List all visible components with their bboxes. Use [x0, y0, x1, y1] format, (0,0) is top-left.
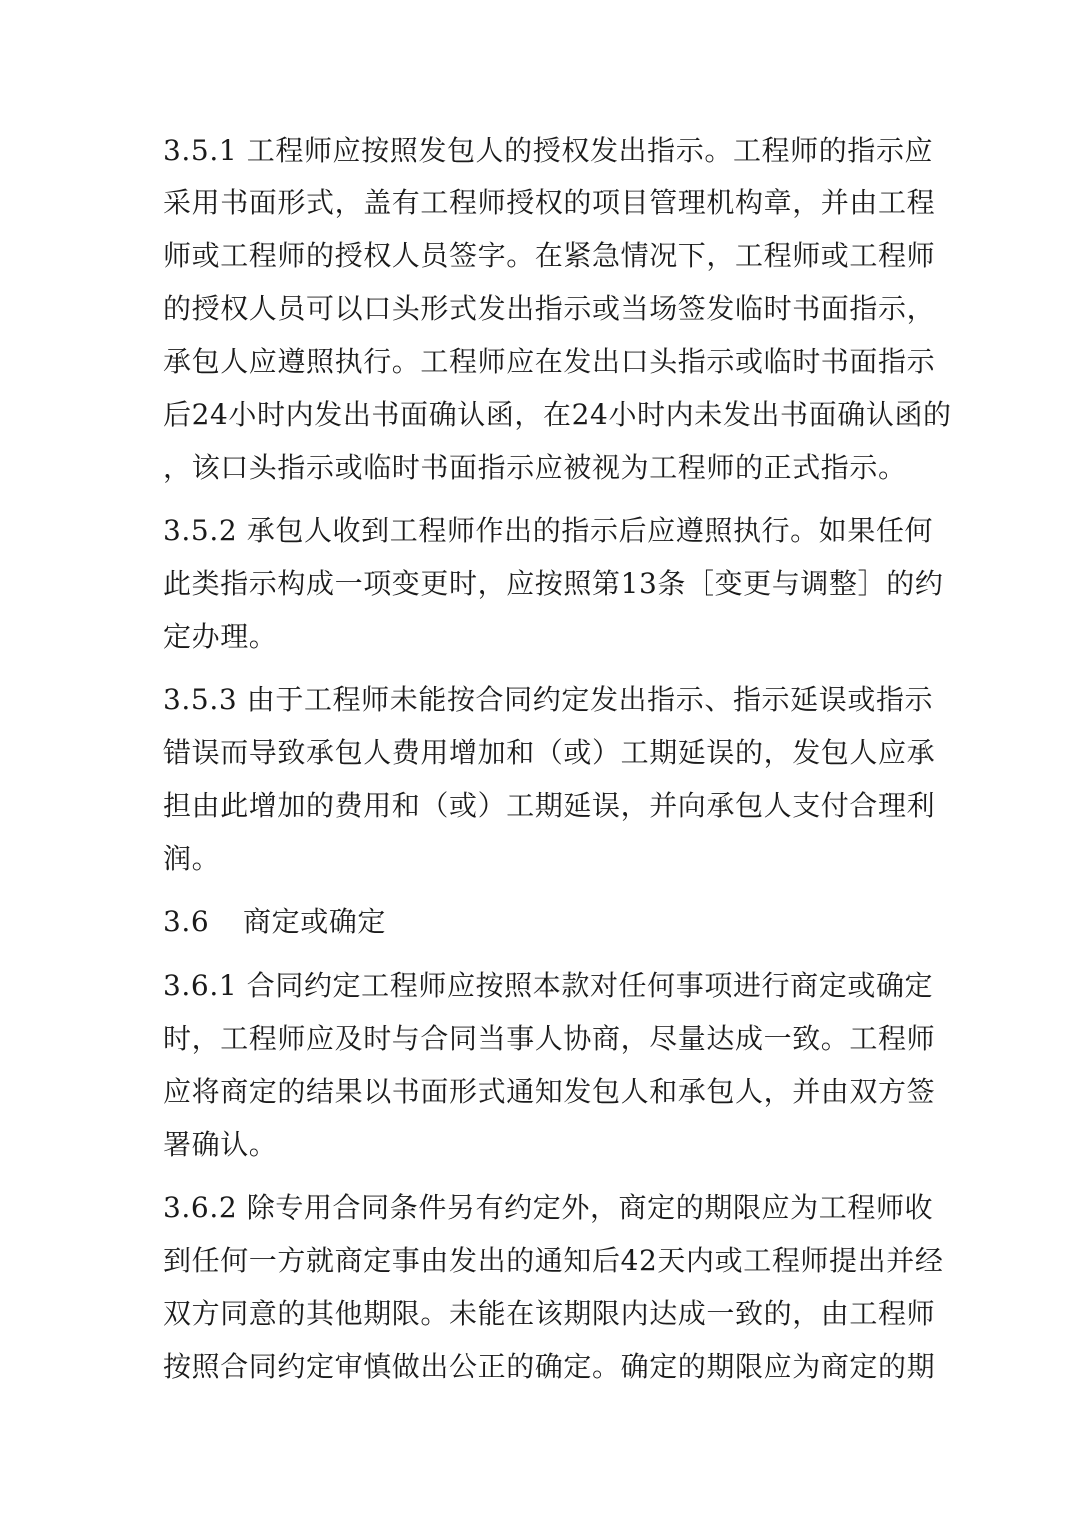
text-line: 3.5.3 由于工程师未能按合同约定发出指示、指示延误或指示: [163, 680, 933, 720]
text-line: 承包人应遵照执行。工程师应在发出口头指示或临时书面指示: [163, 342, 935, 382]
section-number: 3.6: [163, 902, 243, 942]
text-line: 的授权人员可以口头形式发出指示或当场签发临时书面指示，: [163, 289, 935, 329]
text-line: 到任何一方就商定事由发出的通知后42天内或工程师提出并经: [163, 1241, 943, 1281]
text-line: 担由此增加的费用和（或）工期延误，并向承包人支付合理利: [163, 786, 935, 826]
text-line: 应将商定的结果以书面形式通知发包人和承包人，并由双方签: [163, 1072, 935, 1112]
text-line: 按照合同约定审慎做出公正的确定。确定的期限应为商定的期: [163, 1347, 935, 1387]
text-line: 3.6.2 除专用合同条件另有约定外，商定的期限应为工程师收: [163, 1188, 933, 1228]
text-line: 时，工程师应及时与合同当事人协商，尽量达成一致。工程师: [163, 1019, 935, 1059]
text-line: 采用书面形式，盖有工程师授权的项目管理机构章，并由工程: [163, 183, 935, 223]
text-line: 后24小时内发出书面确认函，在24小时内未发出书面确认函的: [163, 395, 952, 435]
text-line: 定办理。: [163, 617, 277, 657]
text-line: 润。: [163, 839, 220, 879]
text-line: 双方同意的其他期限。未能在该期限内达成一致的，由工程师: [163, 1294, 935, 1334]
text-line: 师或工程师的授权人员签字。在紧急情况下，工程师或工程师: [163, 236, 935, 276]
text-line: 署确认。: [163, 1125, 277, 1165]
text-line: 3.6.1 合同约定工程师应按照本款对任何事项进行商定或确定: [163, 966, 933, 1006]
text-line: 3.5.2 承包人收到工程师作出的指示后应遵照执行。如果任何: [163, 511, 933, 551]
section-heading-3-6: 3.6商定或确定: [163, 902, 386, 942]
text-line: 此类指示构成一项变更时，应按照第13条［变更与调整］的约: [163, 564, 943, 604]
text-line: 3.5.1 工程师应按照发包人的授权发出指示。工程师的指示应: [163, 131, 933, 171]
section-title: 商定或确定: [243, 905, 386, 938]
text-line: ，该口头指示或临时书面指示应被视为工程师的正式指示。: [163, 448, 907, 488]
text-line: 错误而导致承包人费用增加和（或）工期延误的，发包人应承: [163, 733, 935, 773]
